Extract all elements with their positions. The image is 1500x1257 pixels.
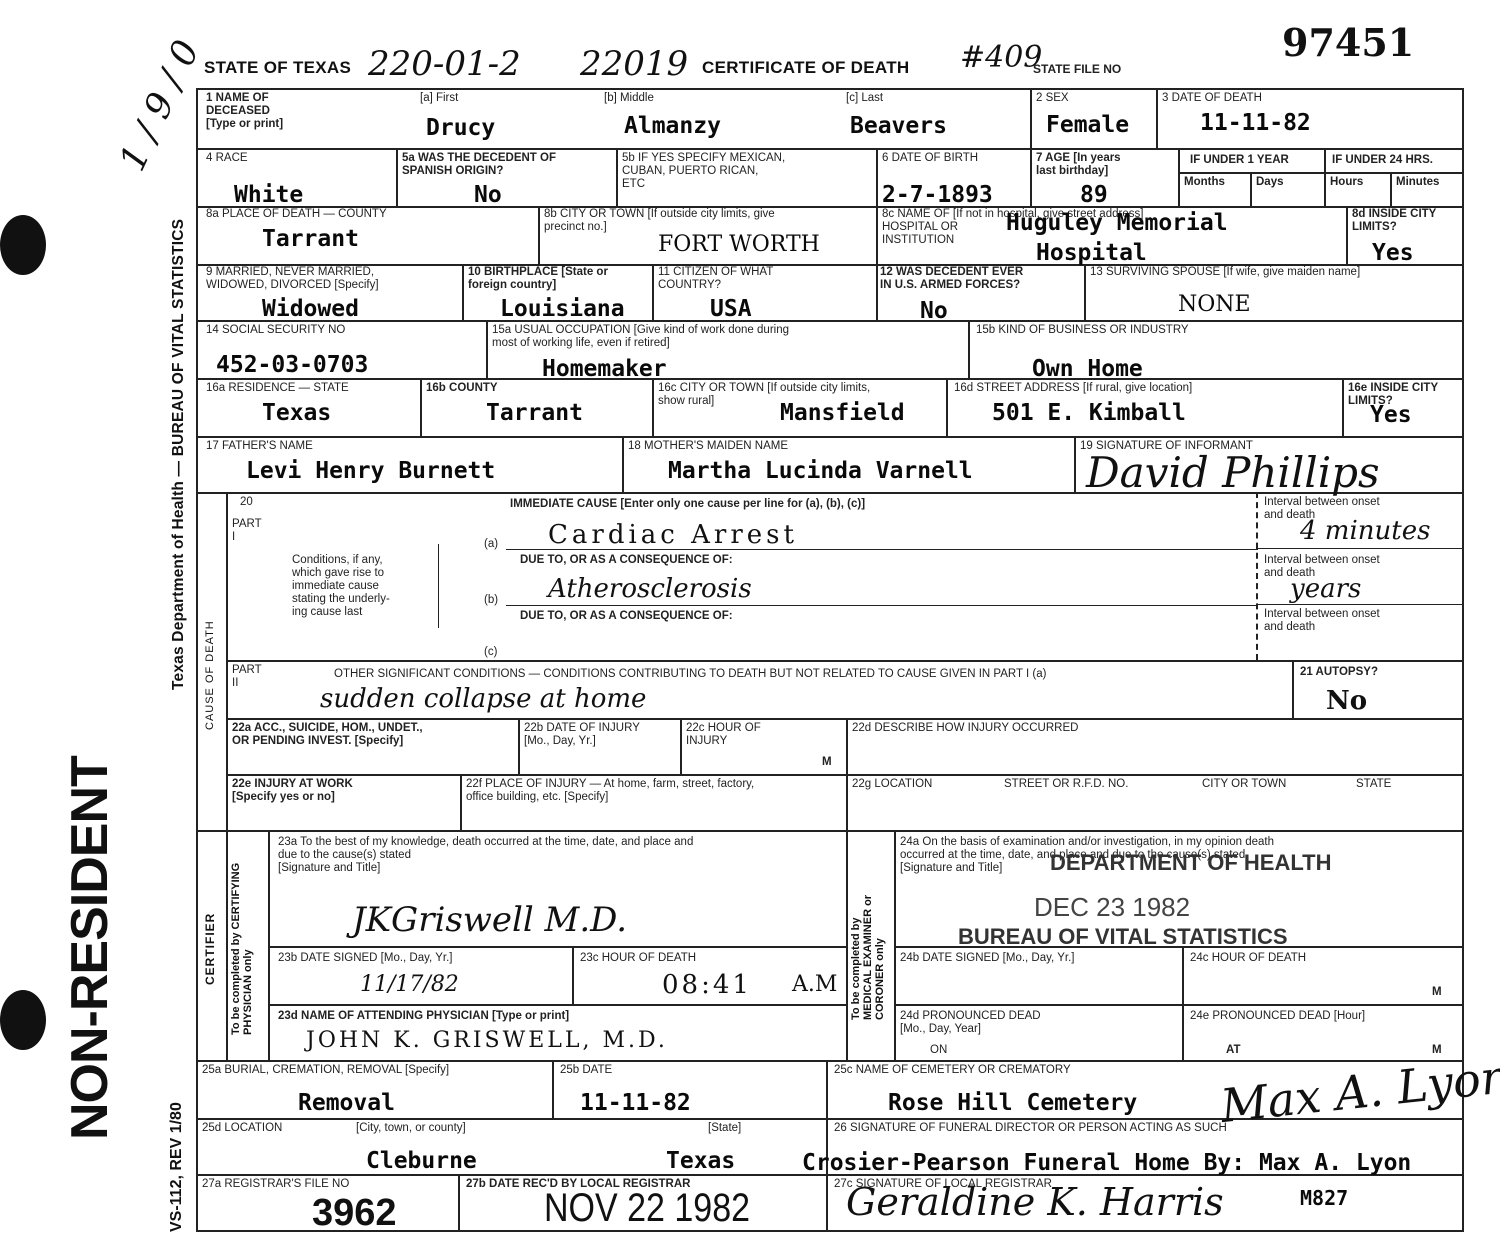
- decedent-last-name[interactable]: Beavers: [850, 113, 947, 139]
- f24d-label: 24d PRONOUNCED DEAD [Mo., Day, Year]: [900, 1010, 1041, 1036]
- autopsy-value[interactable]: No: [1326, 686, 1367, 716]
- state-label: STATE OF TEXAS: [204, 58, 351, 78]
- date-of-death-value[interactable]: 11-11-82: [1200, 110, 1311, 136]
- attending-physician-value[interactable]: JOHN K. GRISWELL, M.D.: [306, 1028, 668, 1053]
- f15a-label: 15a USUAL OCCUPATION [Give kind of work …: [492, 324, 789, 350]
- f16a-label: 16a RESIDENCE — STATE: [206, 382, 349, 395]
- ssn-value[interactable]: 452-03-0703: [216, 352, 368, 378]
- residence-city-value[interactable]: Mansfield: [780, 400, 905, 426]
- other-conditions-value[interactable]: sudden collapse at home: [320, 684, 646, 714]
- f3-label: 3 DATE OF DEATH: [1162, 92, 1262, 105]
- form-revision: VS-112, REV 1/80: [168, 1102, 186, 1232]
- f22g-state-label: STATE: [1356, 778, 1391, 791]
- months-label: Months: [1184, 176, 1225, 189]
- hour-of-death-value[interactable]: 08:41: [662, 970, 752, 1000]
- certifier-vertical-label: CERTIFIER: [203, 913, 217, 985]
- f25d-label: 25d LOCATION: [202, 1122, 282, 1135]
- f16d-label: 16d STREET ADDRESS [If rural, give locat…: [954, 382, 1192, 395]
- age-value[interactable]: 89: [1080, 182, 1108, 208]
- residence-inside-city-value[interactable]: Yes: [1370, 402, 1412, 428]
- punch-hole-top: [0, 215, 46, 275]
- hour-of-death-suffix: A.M: [792, 972, 837, 997]
- decedent-first-name[interactable]: Drucy: [426, 115, 495, 141]
- disposition-value[interactable]: Removal: [298, 1090, 395, 1116]
- business-value[interactable]: Own Home: [1032, 356, 1143, 382]
- date-received-value[interactable]: NOV 22 1982: [544, 1186, 750, 1231]
- days-label: Days: [1256, 176, 1284, 189]
- form-title: CERTIFICATE OF DEATH: [702, 58, 909, 78]
- f22d-label: 22d DESCRIBE HOW INJURY OCCURRED: [852, 722, 1078, 735]
- f1-middle-label: [b] Middle: [604, 92, 654, 105]
- spanish-origin-value[interactable]: No: [474, 182, 502, 208]
- f5b-label: 5b IF YES SPECIFY MEXICAN, CUBAN, PUERTO…: [622, 152, 785, 191]
- conditions-note: Conditions, if any, which gave rise to i…: [292, 554, 390, 619]
- street-address-value[interactable]: 501 E. Kimball: [992, 400, 1186, 426]
- f17-label: 17 FATHER'S NAME: [206, 440, 313, 453]
- punch-hole-bottom: [0, 990, 46, 1050]
- registrar-file-no-value[interactable]: 3962: [312, 1192, 397, 1235]
- f18-label: 18 MOTHER'S MAIDEN NAME: [628, 440, 788, 453]
- f22f-label: 22f PLACE OF INJURY — At home, farm, str…: [466, 778, 754, 804]
- race-value[interactable]: White: [234, 182, 303, 208]
- agency-vertical-label: Texas Department of Health — BUREAU OF V…: [170, 219, 188, 690]
- f25d-state-label: [State]: [708, 1122, 741, 1135]
- other-conditions-label: OTHER SIGNIFICANT CONDITIONS — CONDITION…: [334, 668, 1046, 681]
- surviving-spouse-value[interactable]: NONE: [1178, 292, 1251, 317]
- f16b-label: 16b COUNTY: [426, 382, 498, 395]
- f4-label: 4 RACE: [206, 152, 248, 165]
- f26-label: 26 SIGNATURE OF FUNERAL DIRECTOR OR PERS…: [834, 1122, 1227, 1135]
- under-1-year-label: IF UNDER 1 YEAR: [1190, 154, 1289, 167]
- handwritten-code-1: 220-01-2: [368, 44, 521, 84]
- f23a-label: 23a To the best of my knowledge, death o…: [278, 836, 693, 875]
- f20-number: 20: [240, 496, 253, 509]
- cause-c-tag: (c): [484, 646, 497, 659]
- stamp-department: DEPARTMENT OF HEALTH: [1050, 850, 1332, 876]
- sex-value[interactable]: Female: [1046, 112, 1129, 138]
- citizenship-value[interactable]: USA: [710, 296, 752, 322]
- hospital-name-line1[interactable]: Huguley Memorial: [1006, 210, 1228, 236]
- f22e-label: 22e INJURY AT WORK [Specify yes or no]: [232, 778, 353, 804]
- f8d-label: 8d INSIDE CITY LIMITS?: [1352, 208, 1436, 234]
- f24e-label: 24e PRONOUNCED DEAD [Hour]: [1190, 1010, 1365, 1023]
- f22a-label: 22a ACC., SUICIDE, HOM., UNDET., OR PEND…: [232, 722, 423, 748]
- cause-of-death-vertical-label: CAUSE OF DEATH: [204, 620, 216, 730]
- place-of-death-county-value[interactable]: Tarrant: [262, 226, 359, 252]
- interval-a-value[interactable]: 4 minutes: [1300, 516, 1430, 546]
- state-file-label: STATE FILE NO: [1033, 63, 1121, 76]
- f22b-label: 22b DATE OF INJURY [Mo., Day, Yr.]: [524, 722, 640, 748]
- state-file-number: 97451: [1282, 20, 1414, 65]
- f1-label: 1 NAME OF DECEASED [Type or print]: [206, 92, 283, 131]
- f25b-label: 25b DATE: [560, 1064, 612, 1077]
- f27a-label: 27a REGISTRAR'S FILE NO: [202, 1178, 349, 1191]
- f25a-label: 25a BURIAL, CREMATION, REMOVAL [Specify]: [202, 1064, 449, 1077]
- disposition-date-value[interactable]: 11-11-82: [580, 1090, 691, 1116]
- f22g-city-label: CITY OR TOWN: [1202, 778, 1286, 791]
- stamp-bureau: BUREAU OF VITAL STATISTICS: [958, 924, 1288, 950]
- f25d-city-label: [City, town, or county]: [356, 1122, 466, 1135]
- due-to-label-2: DUE TO, OR AS A CONSEQUENCE OF:: [520, 610, 733, 623]
- non-resident-stamp: NON-RESIDENT: [60, 756, 120, 1140]
- f7-label: 7 AGE [In years last birthday]: [1036, 152, 1121, 178]
- f5a-label: 5a WAS THE DECEDENT OF SPANISH ORIGIN?: [402, 152, 556, 178]
- f1-first-label: [a] First: [420, 92, 458, 105]
- interval-b-value[interactable]: years: [1290, 574, 1361, 604]
- f25c-label: 25c NAME OF CEMETERY OR CREMATORY: [834, 1064, 1071, 1077]
- city-of-death-value[interactable]: FORT WORTH: [658, 232, 820, 257]
- f24d-on: ON: [930, 1044, 947, 1057]
- decedent-middle-name[interactable]: Almanzy: [624, 113, 721, 139]
- cause-b-value[interactable]: Atherosclerosis: [548, 574, 752, 604]
- occupation-value[interactable]: Homemaker: [542, 356, 667, 382]
- date-of-birth-value[interactable]: 2-7-1893: [882, 182, 993, 208]
- due-to-label-1: DUE TO, OR AS A CONSEQUENCE OF:: [520, 554, 733, 567]
- f10-label: 10 BIRTHPLACE [State or foreign country]: [468, 266, 608, 292]
- certifier-signature[interactable]: JKGriswell M.D.: [352, 900, 627, 940]
- f13-label: 13 SURVIVING SPOUSE [If wife, give maide…: [1090, 266, 1360, 279]
- birthplace-value[interactable]: Louisiana: [500, 296, 625, 322]
- interval-label-c: Interval between onset and death: [1264, 608, 1380, 634]
- funeral-director-value[interactable]: Crosier-Pearson Funeral Home By: Max A. …: [802, 1150, 1411, 1176]
- f24b-label: 24b DATE SIGNED [Mo., Day, Yr.]: [900, 952, 1074, 965]
- burial-state-value[interactable]: Texas: [666, 1148, 735, 1174]
- mother-name-value[interactable]: Martha Lucinda Varnell: [668, 458, 973, 484]
- f2-label: 2 SEX: [1036, 92, 1069, 105]
- f15b-label: 15b KIND OF BUSINESS OR INDUSTRY: [976, 324, 1189, 337]
- f23b-label: 23b DATE SIGNED [Mo., Day, Yr.]: [278, 952, 452, 965]
- f9-label: 9 MARRIED, NEVER MARRIED, WIDOWED, DIVOR…: [206, 266, 379, 292]
- hours-label: Hours: [1330, 176, 1363, 189]
- f21-label: 21 AUTOPSY?: [1300, 666, 1378, 679]
- part-2-label: PART II: [232, 664, 262, 690]
- f6-label: 6 DATE OF BIRTH: [882, 152, 978, 165]
- f24c-suffix: M: [1432, 986, 1442, 999]
- handwritten-code-2: 22019: [580, 44, 688, 84]
- handwritten-marks: 1 / 9 / 0: [112, 34, 208, 177]
- f22c-label: 22c HOUR OF INJURY: [686, 722, 761, 748]
- f22g-label: 22g LOCATION: [852, 778, 932, 791]
- burial-city-value[interactable]: Cleburne: [366, 1148, 477, 1174]
- cause-a-tag: (a): [484, 538, 498, 551]
- date-signed-value[interactable]: 11/17/82: [360, 972, 459, 997]
- part-1-label: PART I: [232, 518, 262, 544]
- f24e-at: AT: [1226, 1044, 1240, 1057]
- f11-label: 11 CITIZEN OF WHAT COUNTRY?: [658, 266, 773, 292]
- immediate-cause-label: IMMEDIATE CAUSE [Enter only one cause pe…: [510, 498, 865, 511]
- physician-only-vertical-label: To be completed by CERTIFYING PHYSICIAN …: [230, 855, 254, 1035]
- cause-b-tag: (b): [484, 594, 498, 607]
- father-name-value[interactable]: Levi Henry Burnett: [246, 458, 495, 484]
- minutes-label: Minutes: [1396, 176, 1439, 189]
- residence-state-value[interactable]: Texas: [262, 400, 331, 426]
- f14-label: 14 SOCIAL SECURITY NO: [206, 324, 345, 337]
- f23d-label: 23d NAME OF ATTENDING PHYSICIAN [Type or…: [278, 1010, 569, 1023]
- residence-county-value[interactable]: Tarrant: [486, 400, 583, 426]
- f23c-label: 23c HOUR OF DEATH: [580, 952, 696, 965]
- cause-a-value[interactable]: Cardiac Arrest: [548, 520, 798, 550]
- handwritten-code-3: #409: [960, 40, 1042, 75]
- f22c-suffix: M: [822, 756, 832, 769]
- armed-forces-value[interactable]: No: [920, 298, 948, 324]
- registrar-code: M827: [1300, 1186, 1348, 1210]
- under-24-hrs-label: IF UNDER 24 HRS.: [1332, 154, 1433, 167]
- inside-city-limits-death-value[interactable]: Yes: [1372, 240, 1414, 266]
- local-registrar-signature[interactable]: Geraldine K. Harris: [846, 1180, 1224, 1224]
- medical-examiner-only-vertical-label: To be completed by MEDICAL EXAMINER or C…: [850, 870, 886, 1020]
- marital-status-value[interactable]: Widowed: [262, 296, 359, 322]
- f1-last-label: [c] Last: [846, 92, 883, 105]
- hospital-name-line2[interactable]: Hospital: [1036, 240, 1147, 266]
- f8b-label: 8b CITY OR TOWN [If outside city limits,…: [544, 208, 775, 234]
- stamp-date: DEC 23 1982: [1034, 892, 1190, 923]
- informant-signature[interactable]: David Phillips: [1086, 448, 1380, 497]
- f12-label: 12 WAS DECEDENT EVER IN U.S. ARMED FORCE…: [880, 266, 1023, 292]
- cemetery-value[interactable]: Rose Hill Cemetery: [888, 1090, 1137, 1116]
- f8a-label: 8a PLACE OF DEATH — COUNTY: [206, 208, 387, 221]
- f24c-label: 24c HOUR OF DEATH: [1190, 952, 1306, 965]
- f22g-street-label: STREET OR R.F.D. NO.: [1004, 778, 1128, 791]
